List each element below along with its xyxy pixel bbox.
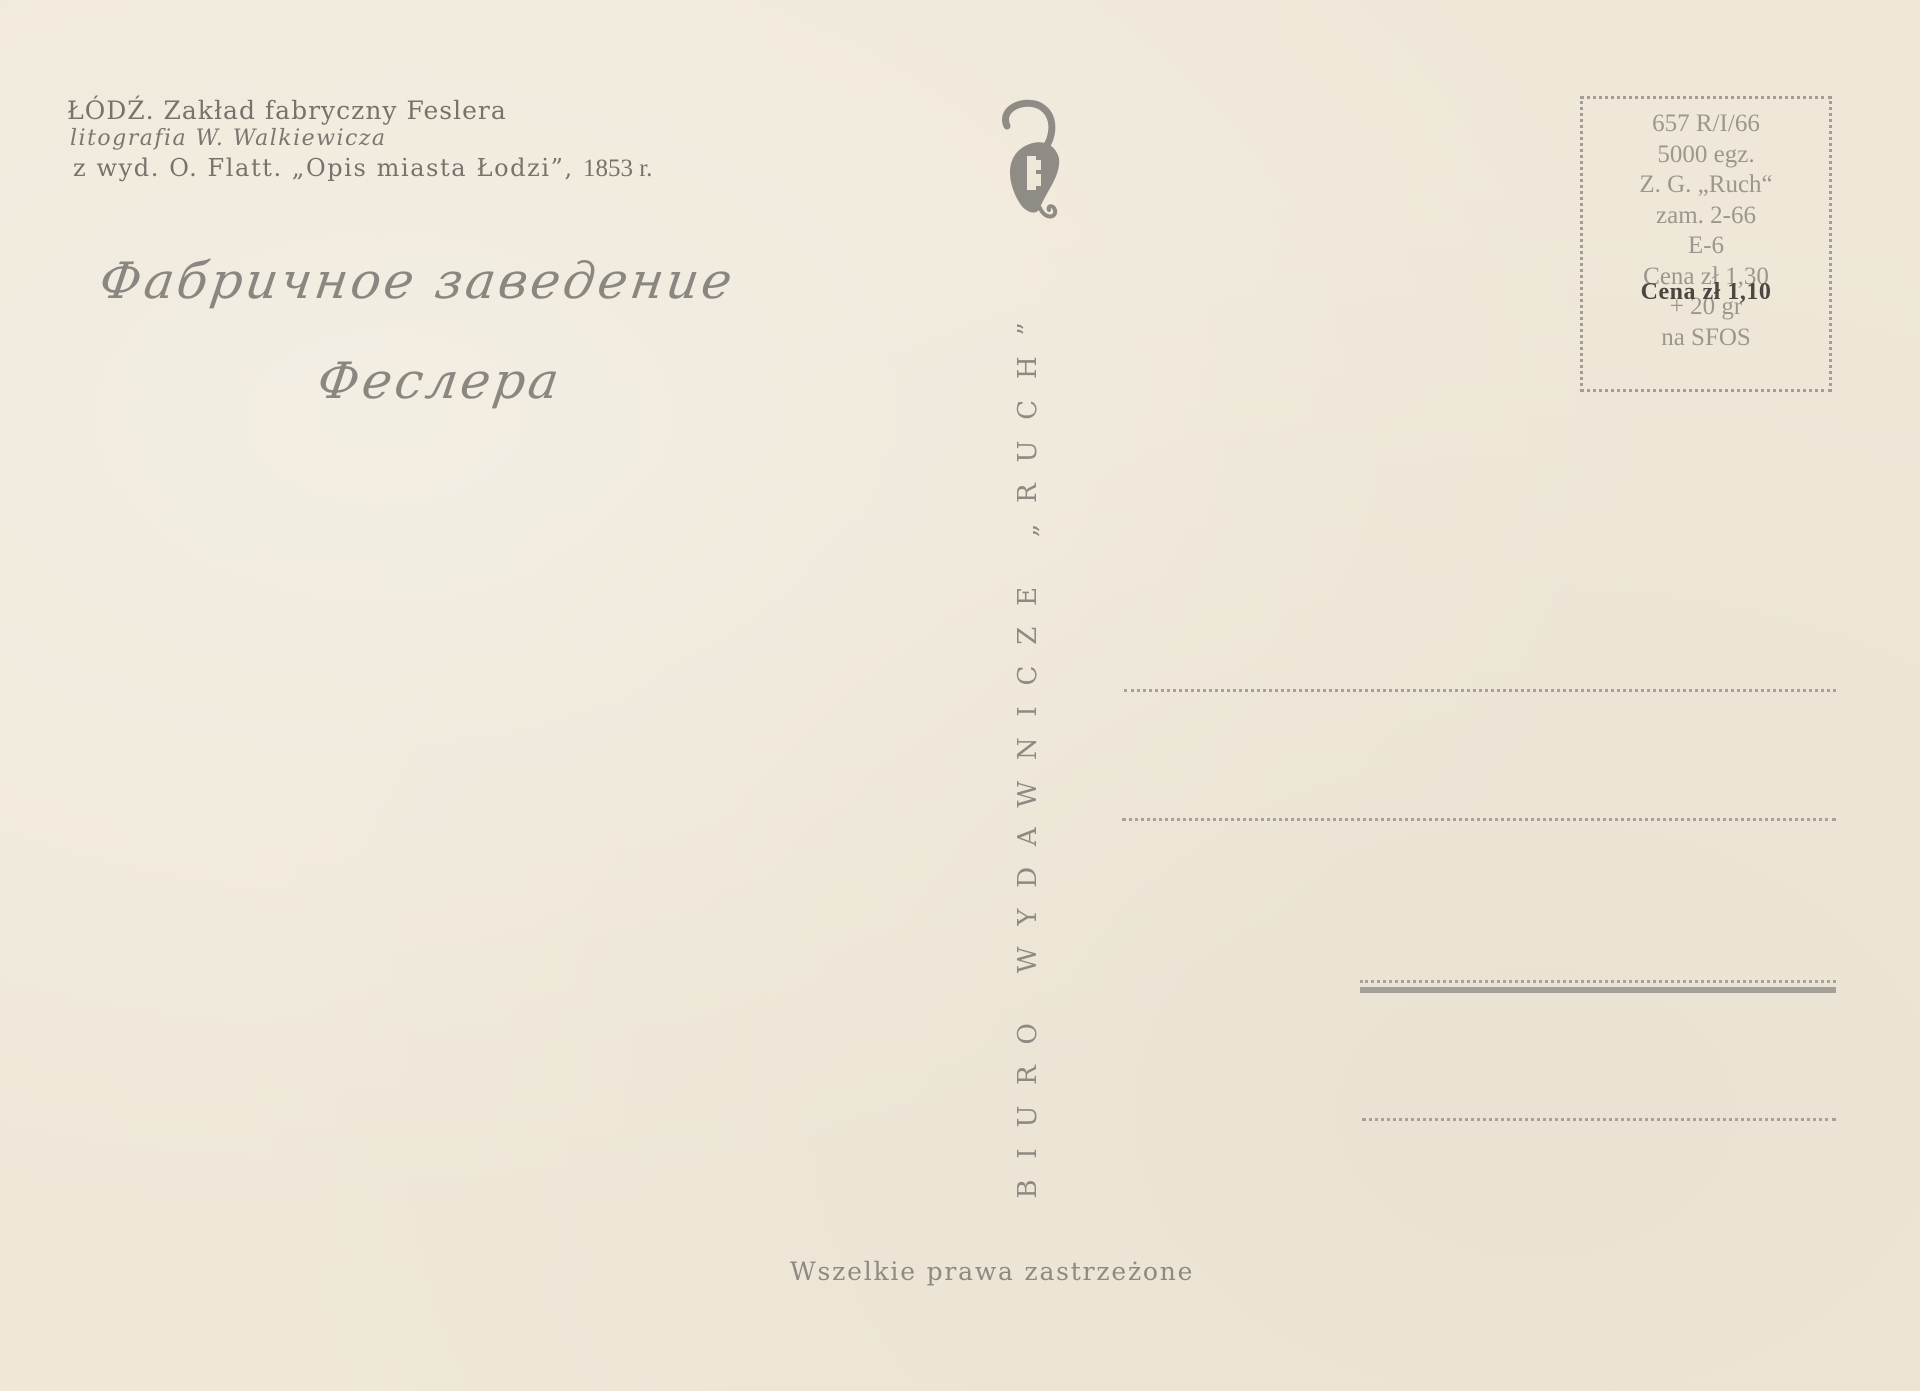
new-price-overprint: Cena zł 1,10 xyxy=(1583,277,1829,308)
ruch-logo-icon xyxy=(995,98,1065,228)
caption-source-text: z wyd. O. Flatt. „Opis miasta Łodzi”, xyxy=(73,154,583,182)
copyright-notice: Wszelkie prawa zastrzeżone xyxy=(790,1257,1194,1286)
stamp-box-line: 657 R/I/66 xyxy=(1583,109,1829,140)
stamp-box-line: Z. G. „Ruch“ xyxy=(1583,170,1829,201)
surcharge-note: na SFOS xyxy=(1583,323,1829,354)
address-line-2 xyxy=(1122,818,1836,821)
postcard-caption: ŁÓDŹ. Zakład fabryczny Feslera litografi… xyxy=(67,96,652,185)
address-bar xyxy=(1360,987,1836,993)
stamp-box-line: zam. 2-66 xyxy=(1583,201,1829,232)
address-line-4 xyxy=(1362,1118,1836,1121)
caption-year: 1853 r. xyxy=(583,155,652,182)
stamp-box-line: E-6 xyxy=(1583,231,1829,262)
address-line-1 xyxy=(1124,689,1836,692)
stamp-box-line: 5000 egz. xyxy=(1583,140,1829,171)
address-line-3 xyxy=(1360,980,1836,983)
stamp-box: 657 R/I/66 5000 egz. Z. G. „Ruch“ zam. 2… xyxy=(1580,96,1832,392)
handwritten-note-line-2: Феслера xyxy=(314,352,565,410)
handwritten-note-line-1: Фабричное заведение xyxy=(96,252,739,310)
caption-source: z wyd. O. Flatt. „Opis miasta Łodzi”, 18… xyxy=(73,152,652,185)
caption-title: ŁÓDŹ. Zakład fabryczny Feslera xyxy=(67,96,652,126)
caption-lithographer: litografia W. Walkiewicza xyxy=(70,126,652,152)
publisher-imprint: BIURO WYDAWNICZE „RUCH” xyxy=(1013,301,1043,1198)
